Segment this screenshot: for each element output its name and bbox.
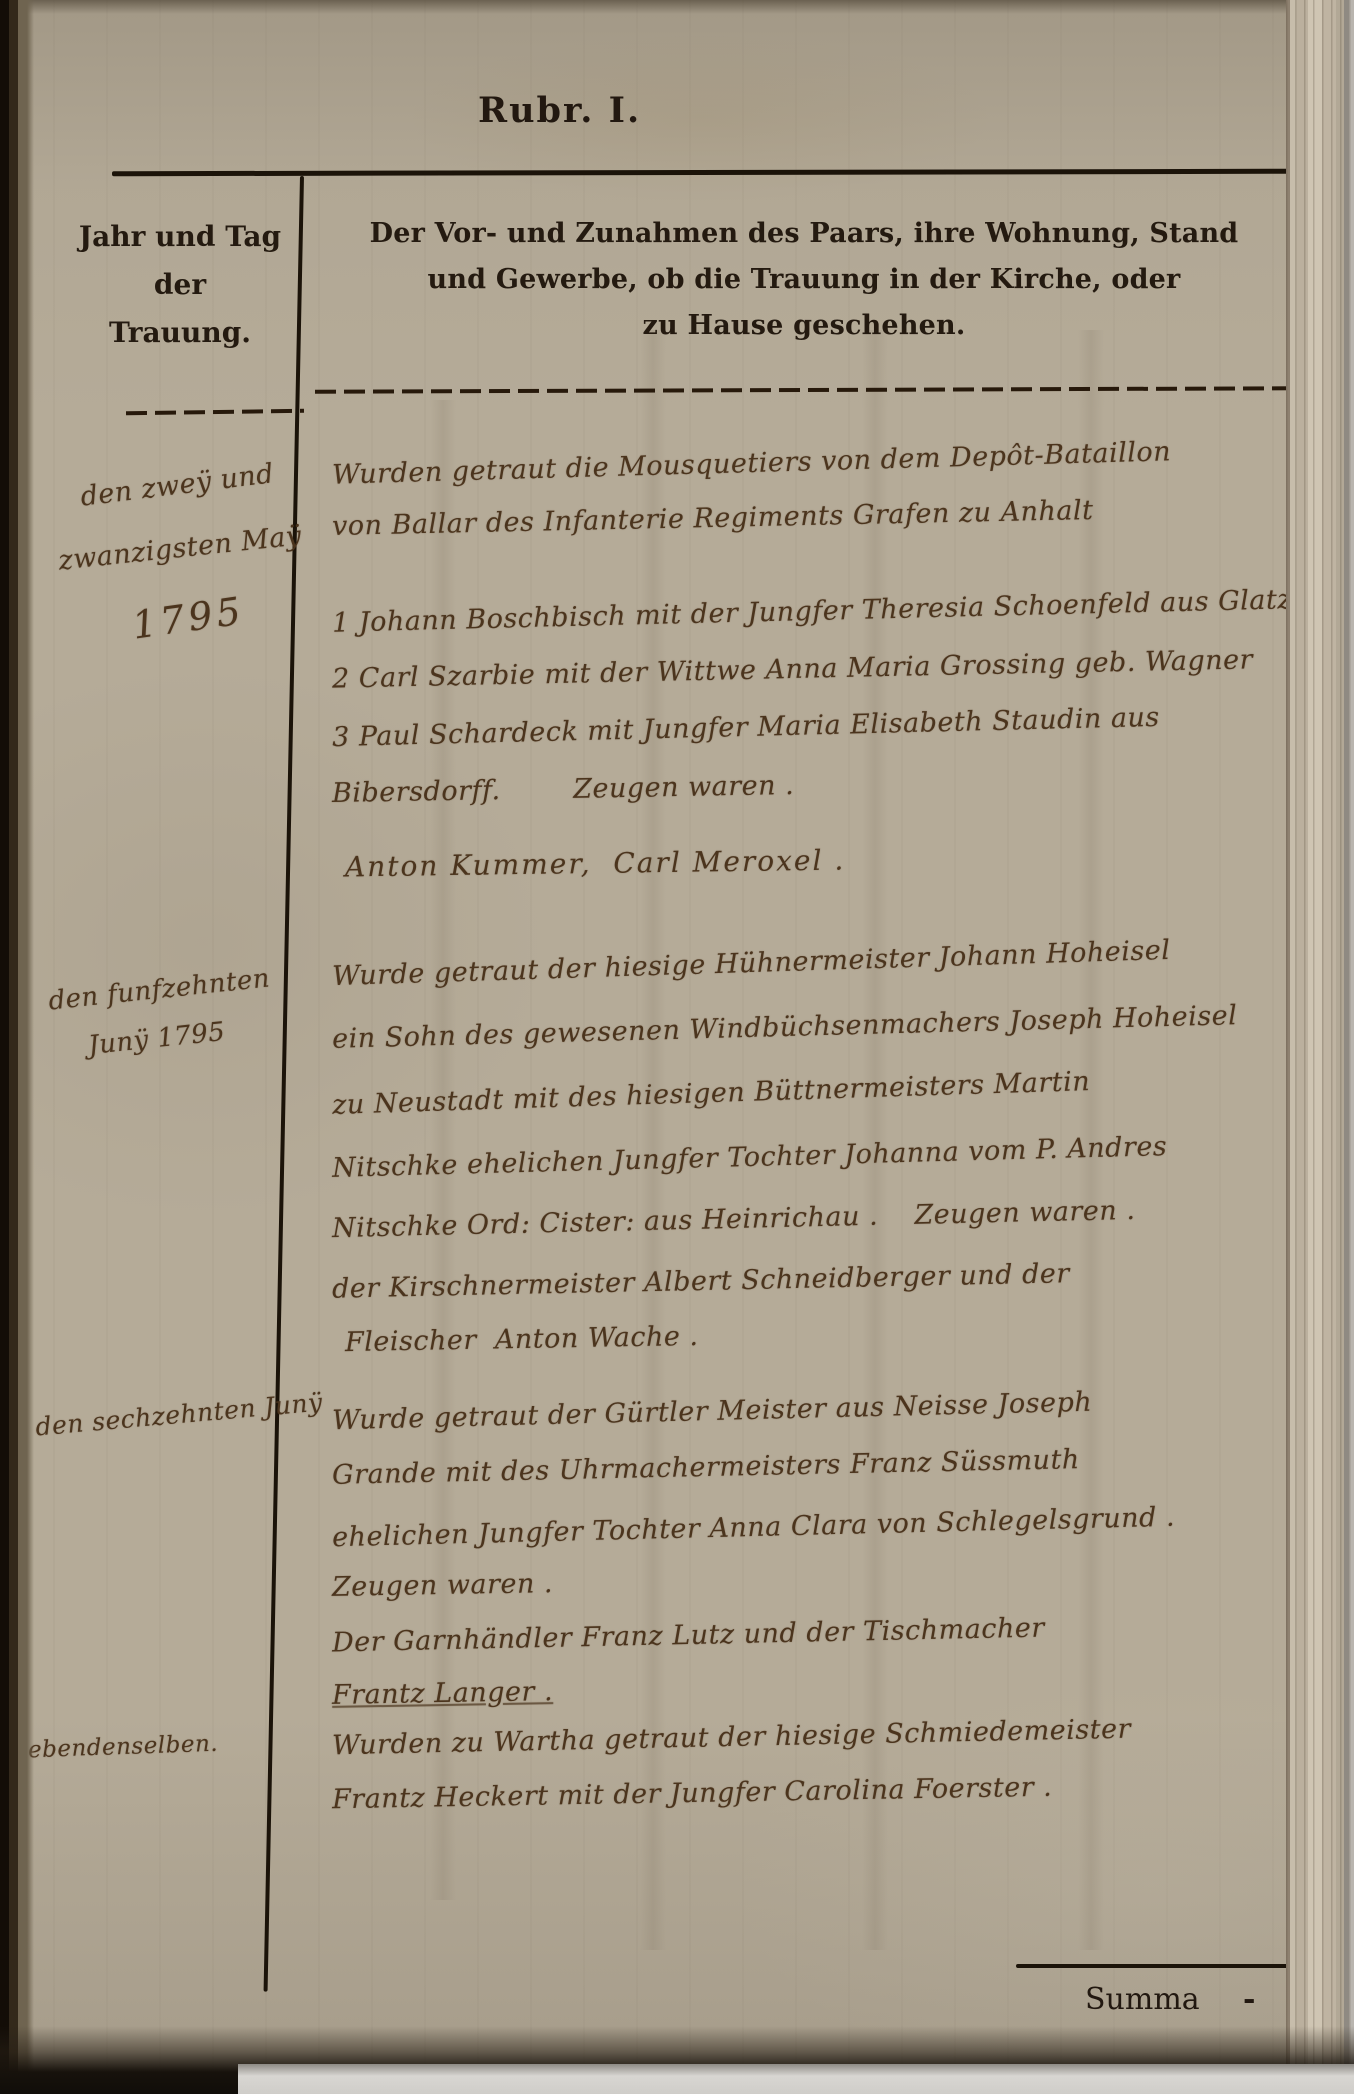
entry-2-date-line-1: den funfzehnten <box>47 963 271 1016</box>
header-right-line-3: zu Hause geschehen. <box>318 303 1290 349</box>
entry-1-body-line-6: Bibersdorff. Zeugen waren . <box>332 770 795 809</box>
entry-1-date-line-1: den zweÿ und <box>79 458 276 512</box>
entry-1-body-line-1: Wurden getraut die Mousquetiers von dem … <box>332 436 1172 490</box>
entry-1-date-line-2: zwanzigsten Maÿ <box>57 520 303 576</box>
left-column-dashed-rule <box>126 409 304 415</box>
right-column-dashed-rule <box>315 386 1292 393</box>
column-divider-rule <box>264 176 304 1992</box>
header-left-line-1: Jahr und Tag <box>55 213 305 261</box>
entry-2-body-line-4: Nitschke ehelichen Jungfer Tochter Johan… <box>332 1131 1168 1184</box>
header-right-line-2: und Gewerbe, ob die Trauung in der Kirch… <box>318 257 1290 303</box>
book-spine-shadow <box>0 0 34 2094</box>
header-right-line-1: Der Vor- und Zunahmen des Paars, ihre Wo… <box>318 211 1290 257</box>
column-header-left: Jahr und Tag der Trauung. <box>55 213 305 357</box>
summa-label: Summa <box>1085 1982 1200 2017</box>
entry-1-date-year: 1795 <box>129 588 247 647</box>
entry-3-date-line-1: den sechzehnten Junÿ <box>34 1388 323 1442</box>
entry-2-witnesses-line: Fleischer Anton Wache . <box>345 1321 699 1358</box>
paper-crease <box>640 330 666 1950</box>
header-top-rule <box>112 169 1292 176</box>
column-header-right: Der Vor- und Zunahmen des Paars, ihre Wo… <box>318 211 1290 349</box>
page-stack-edge <box>1286 0 1354 2094</box>
header-left-line-3: Trauung. <box>55 309 305 357</box>
summa-rule <box>1016 1964 1294 1968</box>
entry-3-witnesses-line-2: Frantz Langer . <box>332 1676 554 1711</box>
header-left-line-2: der <box>55 261 305 309</box>
entry-2-body-line-1: Wurde getraut der hiesige Hühnermeister … <box>332 935 1171 992</box>
summa-dash: - <box>1243 1982 1255 2017</box>
register-page-scan: Rubr. I. Jahr und Tag der Trauung. Der V… <box>0 0 1354 2094</box>
entry-3-body-line-3: ehelichen Jungfer Tochter Anna Clara von… <box>332 1502 1176 1554</box>
entry-1-body-line-4: 2 Carl Szarbie mit der Wittwe Anna Maria… <box>332 644 1254 694</box>
rubric-title: Rubr. I. <box>478 90 641 131</box>
entry-2-date-line-2: Junÿ 1795 <box>87 1017 227 1061</box>
scanner-bed-strip <box>238 2064 1354 2094</box>
page-top-shadow <box>0 0 1354 14</box>
entry-4-date-line-1: ebendenselben. <box>28 1731 219 1764</box>
entry-1-witnesses-line: Anton Kummer, Carl Meroxel . <box>345 844 846 884</box>
entry-1-body-line-3: 1 Johann Boschbisch mit der Jungfer Ther… <box>332 584 1293 638</box>
entry-3-body-line-4: Zeugen waren . <box>332 1568 554 1603</box>
